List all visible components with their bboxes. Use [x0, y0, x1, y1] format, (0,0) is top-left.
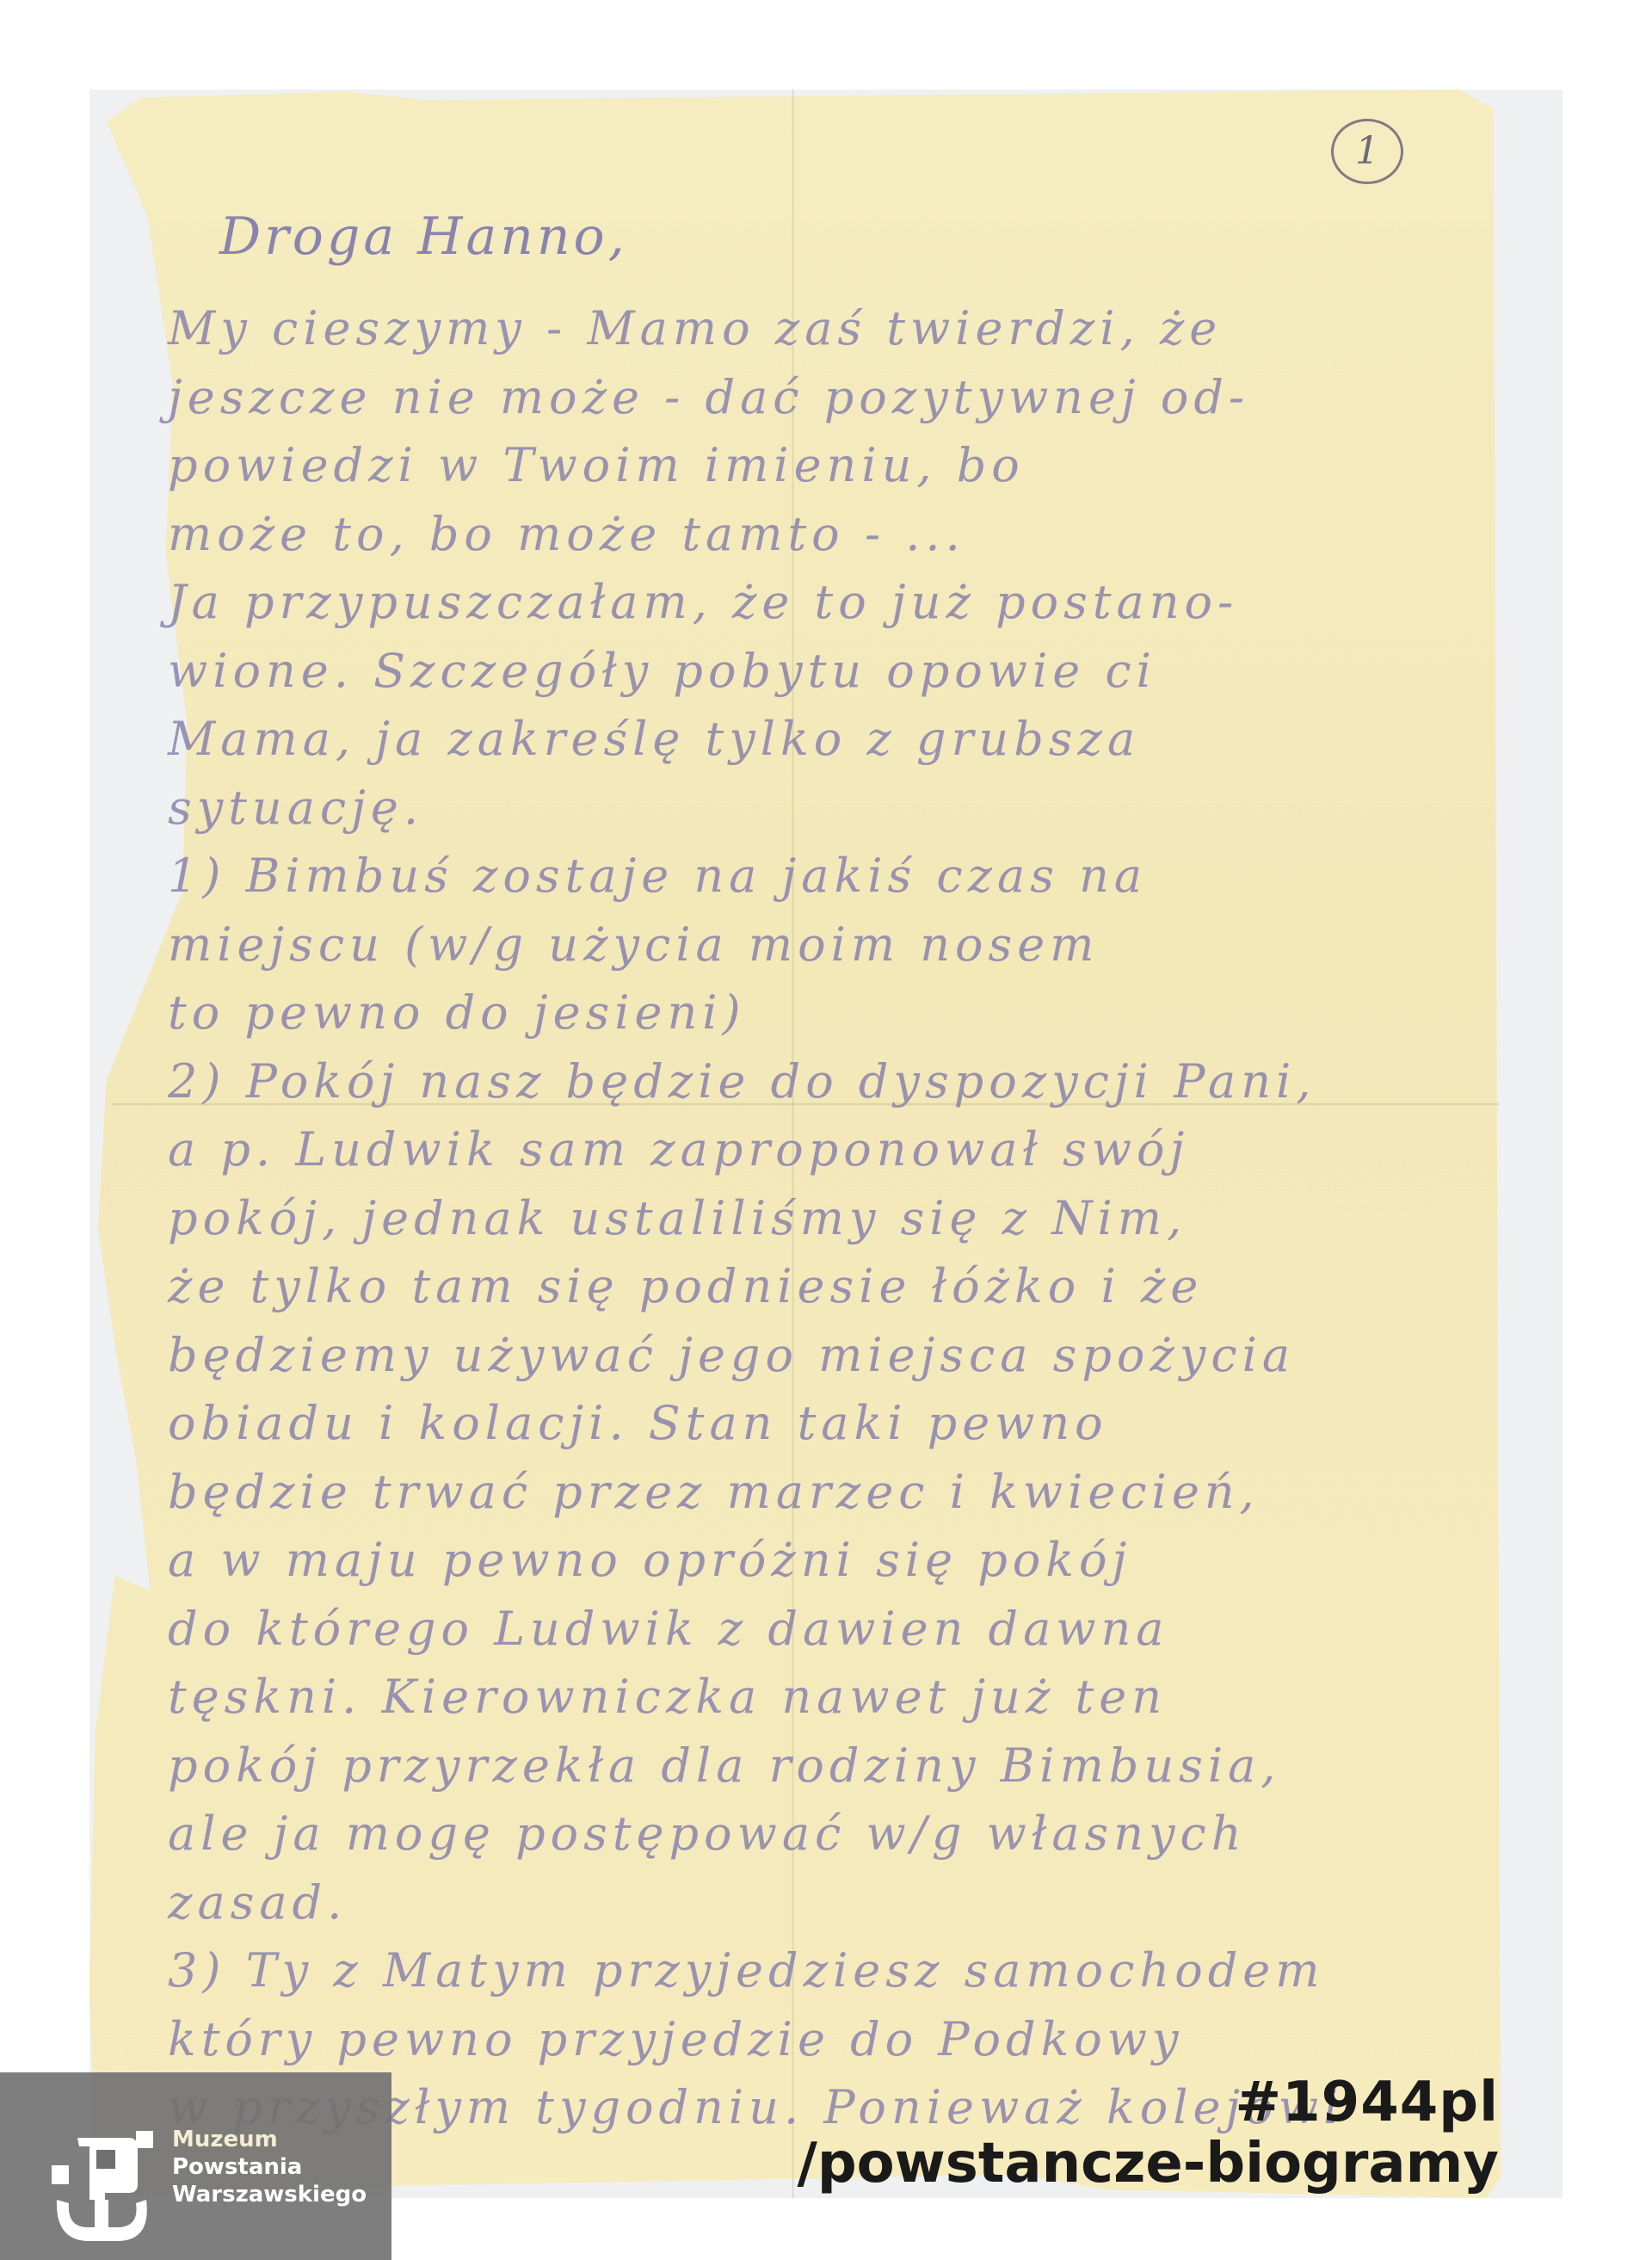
letter-line: a p. Ludwik sam zaproponował swój: [168, 1122, 1189, 1176]
letter-line: Ja przypuszczałam, że to już postano-: [168, 575, 1238, 629]
letter-line: Mama, ja zakreślę tylko z grubsza: [168, 712, 1140, 766]
circled-page-number: 1: [1331, 119, 1403, 184]
letter-line: 2) Pokój nasz będzie do dyspozycji Pani,: [168, 1054, 1316, 1108]
biogram-path: /powstancze-biogramy: [797, 2133, 1499, 2195]
letter-line: obiadu i kolacji. Stan taki pewno: [168, 1396, 1108, 1450]
letter-line: może to, bo może tamto - ...: [168, 507, 965, 561]
letter-line: sytuację.: [168, 781, 423, 835]
museum-logo-panel: Muzeum Powstania Warszawskiego: [0, 2072, 391, 2260]
letter-line: to pewno do jesieni): [168, 985, 746, 1040]
salutation: Droga Hanno,: [219, 207, 628, 267]
letter-line: miejscu (w/g użycia moim nosem: [168, 917, 1099, 972]
kotwica-anchor-icon: [52, 2131, 155, 2243]
letter-line: będziemy używać jego miejsca spożycia: [168, 1328, 1295, 1382]
campaign-tag: #1944pl /powstancze-biogramy: [797, 2072, 1499, 2195]
hashtag: #1944pl: [797, 2072, 1499, 2133]
letter-line: My cieszymy - Mamo zaś twierdzi, że: [168, 301, 1222, 355]
letter-line: 1) Bimbuś zostaje na jakiś czas na: [168, 849, 1147, 903]
letter-line: ale ja mogę postępować w/g własnych: [168, 1806, 1247, 1861]
letter-line: do którego Ludwik z dawien dawna: [168, 1602, 1169, 1656]
letter-line: pokój przyrzekła dla rodziny Bimbusia,: [168, 1738, 1280, 1793]
letter-line: powiedzi w Twoim imieniu, bo: [168, 438, 1025, 492]
letter-line: pokój, jednak ustaliliśmy się z Nim,: [168, 1191, 1187, 1245]
museum-name: Muzeum Powstania Warszawskiego: [172, 2126, 367, 2208]
letter-line: tęskni. Kierowniczka nawet już ten: [168, 1670, 1167, 1724]
letter-line: będzie trwać przez marzec i kwiecień,: [168, 1465, 1260, 1519]
letter-line: jeszcze nie może - dać pozytywnej od-: [168, 370, 1249, 424]
letter-line: że tylko tam się podniesie łóżko i że: [168, 1259, 1203, 1313]
letter-line: wione. Szczegóły pobytu opowie ci: [168, 644, 1156, 698]
letter-line: a w maju pewno opróżni się pokój: [168, 1533, 1131, 1587]
letter-line: zasad.: [168, 1875, 347, 1930]
letter-line: który pewno przyjedzie do Podkowy: [168, 2012, 1184, 2066]
letter-line: 3) Ty z Matym przyjedziesz samochodem: [168, 1943, 1324, 1998]
